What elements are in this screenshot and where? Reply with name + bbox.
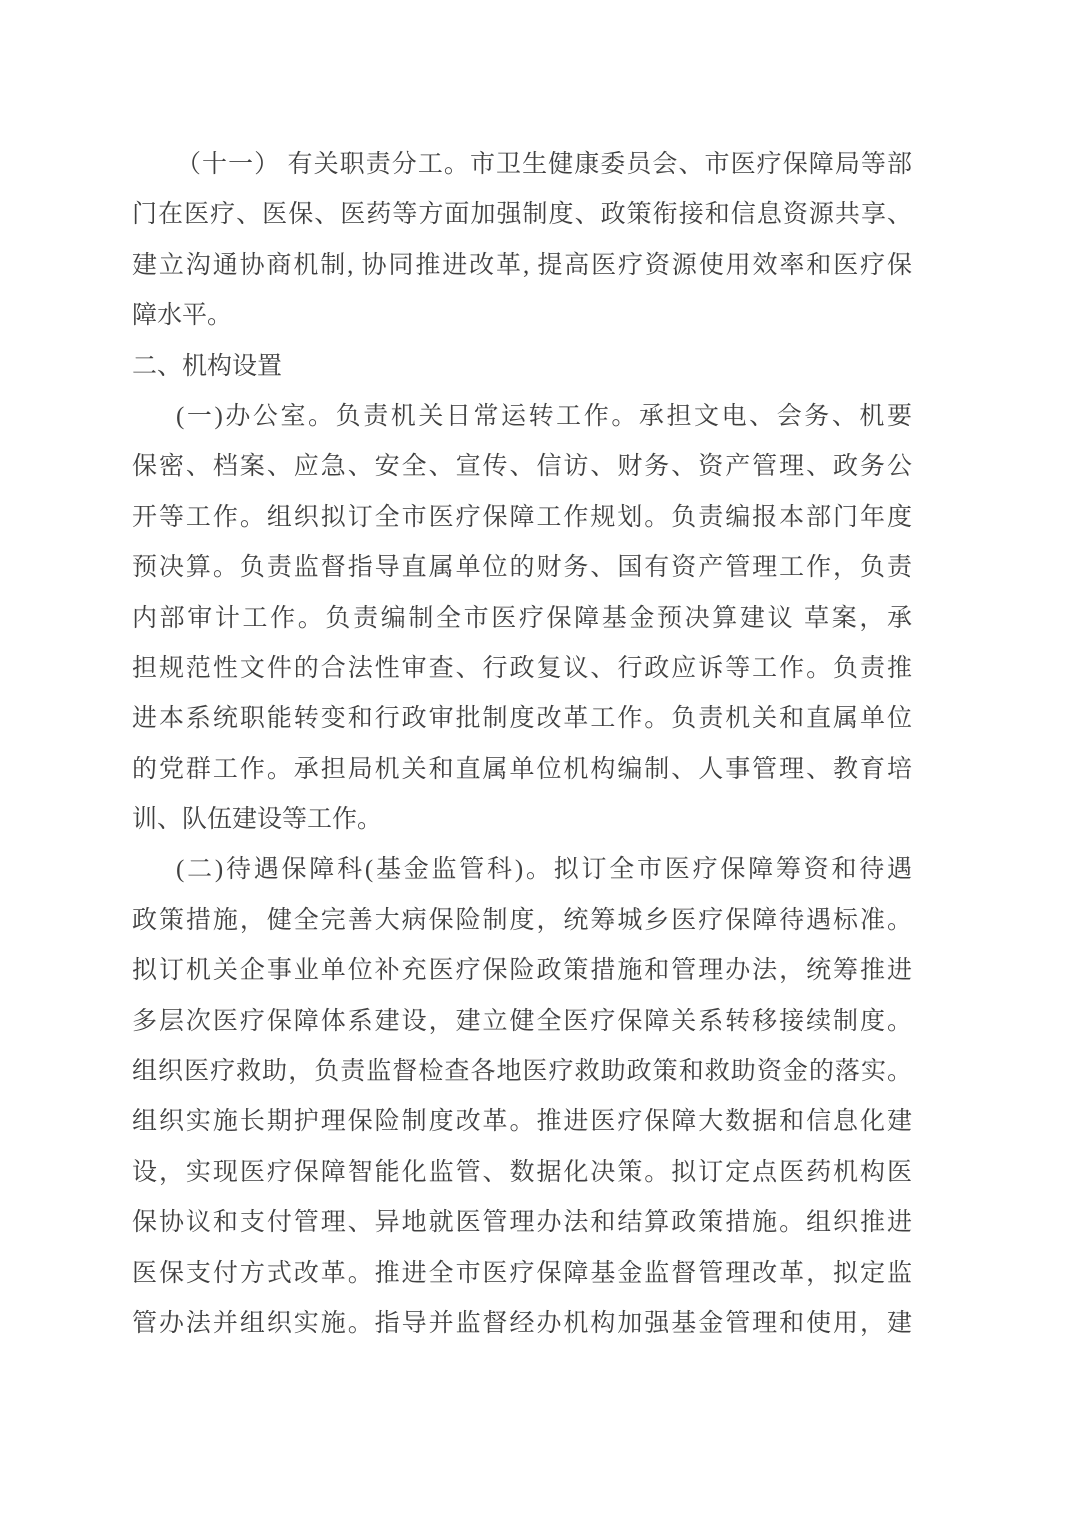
text-line: 开等工作。组织拟订全市医疗保障工作规划。负责编报本部门年度	[132, 493, 912, 543]
heading-section-two: 二、机构设置	[132, 342, 912, 392]
text-line: 的党群工作。承担局机关和直属单位机构编制、人事管理、教育培	[132, 745, 912, 795]
text-line: 组织医疗救助，负责监督检查各地医疗救助政策和救助资金的落实。	[132, 1047, 912, 1097]
text-line: 保密、档案、应急、安全、宣传、信访、财务、资产管理、政务公	[132, 442, 912, 492]
text-line: （十一） 有关职责分工。市卫生健康委员会、市医疗保障局等部	[132, 140, 912, 190]
paragraph-treatment-guarantee-division: (二)待遇保障科(基金监管科)。拟订全市医疗保障筹资和待遇政策措施，健全完善大病…	[132, 845, 912, 1349]
text-line: 拟订机关企事业单位补充医疗保险政策措施和管理办法，统筹推进	[132, 946, 912, 996]
text-line: 训、队伍建设等工作。	[132, 795, 912, 845]
document-body: （十一） 有关职责分工。市卫生健康委员会、市医疗保障局等部门在医疗、医保、医药等…	[132, 140, 912, 1349]
text-line: 内部审计工作。负责编制全市医疗保障基金预决算建议 草案，承	[132, 594, 912, 644]
text-line: (一)办公室。负责机关日常运转工作。承担文电、会务、机要	[132, 392, 912, 442]
paragraph-duty-division: （十一） 有关职责分工。市卫生健康委员会、市医疗保障局等部门在医疗、医保、医药等…	[132, 140, 912, 342]
text-line: (二)待遇保障科(基金监管科)。拟订全市医疗保障筹资和待遇	[132, 845, 912, 895]
text-line: 多层次医疗保障体系建设，建立健全医疗保障关系转移接续制度。	[132, 997, 912, 1047]
text-line: 建立沟通协商机制, 协同推进改革, 提高医疗资源使用效率和医疗保	[132, 241, 912, 291]
document-page: （十一） 有关职责分工。市卫生健康委员会、市医疗保障局等部门在医疗、医保、医药等…	[0, 0, 1069, 1520]
paragraph-office: (一)办公室。负责机关日常运转工作。承担文电、会务、机要保密、档案、应急、安全、…	[132, 392, 912, 846]
text-line: 管办法并组织实施。指导并监督经办机构加强基金管理和使用，建	[132, 1299, 912, 1349]
text-line: 设，实现医疗保障智能化监管、数据化决策。拟订定点医药机构医	[132, 1148, 912, 1198]
text-line: 医保支付方式改革。推进全市医疗保障基金监督管理改革，拟定监	[132, 1249, 912, 1299]
text-line: 门在医疗、医保、医药等方面加强制度、政策衔接和信息资源共享、	[132, 190, 912, 240]
text-line: 保协议和支付管理、异地就医管理办法和结算政策措施。组织推进	[132, 1198, 912, 1248]
text-line: 障水平。	[132, 291, 912, 341]
text-line: 二、机构设置	[132, 342, 912, 392]
text-line: 组织实施长期护理保险制度改革。推进医疗保障大数据和信息化建	[132, 1097, 912, 1147]
text-line: 进本系统职能转变和行政审批制度改革工作。负责机关和直属单位	[132, 694, 912, 744]
text-line: 政策措施，健全完善大病保险制度，统筹城乡医疗保障待遇标准。	[132, 896, 912, 946]
text-line: 担规范性文件的合法性审查、行政复议、行政应诉等工作。负责推	[132, 644, 912, 694]
text-line: 预决算。负责监督指导直属单位的财务、国有资产管理工作，负责	[132, 543, 912, 593]
